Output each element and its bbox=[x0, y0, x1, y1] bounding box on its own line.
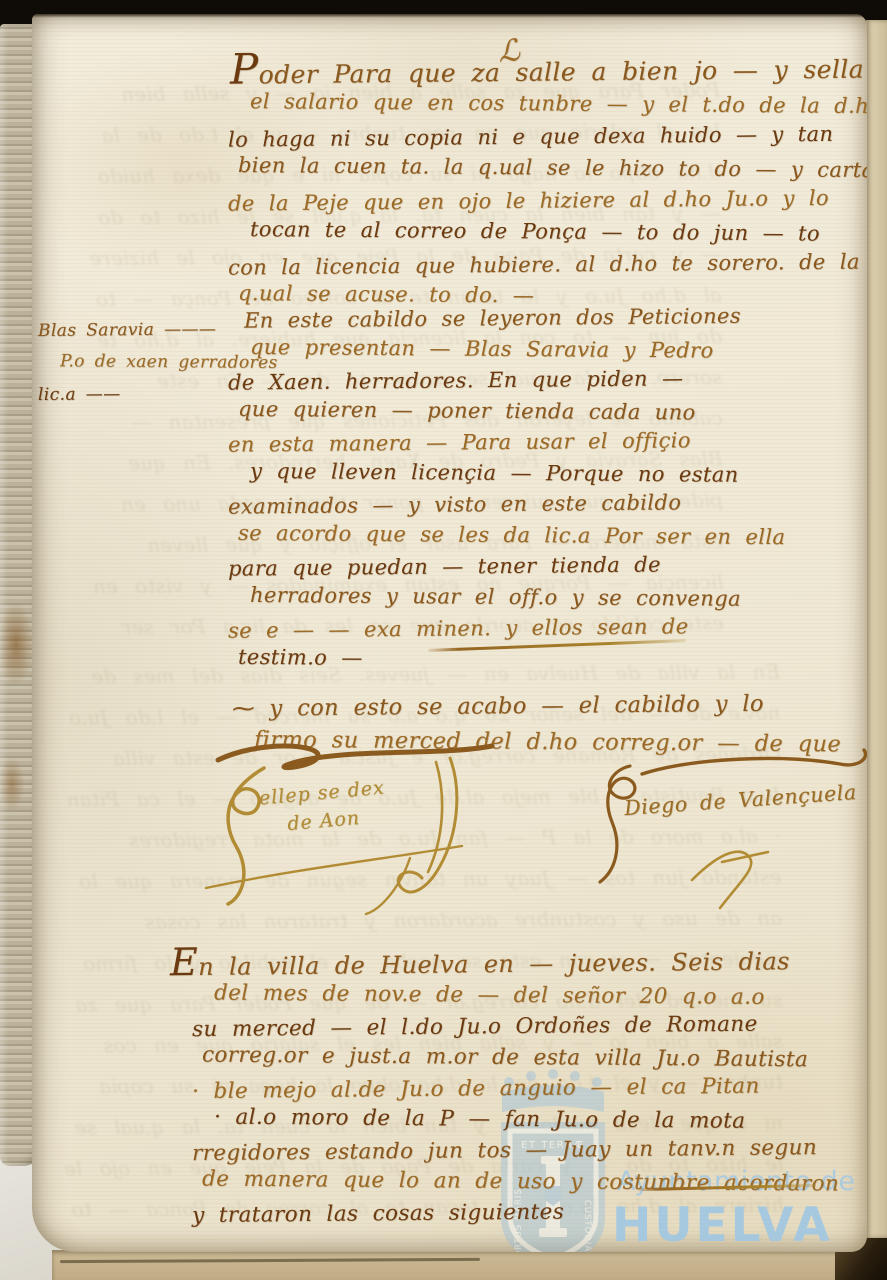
handwritten-line: el salario que en cos tunbre — y el t.do… bbox=[250, 85, 867, 123]
handwritten-line: ⁓ y con esto se acabo — el cabildo y lo bbox=[232, 685, 841, 727]
handwritten-line: que quieren — poner tienda cada uno bbox=[238, 394, 786, 429]
handwritten-line: P.o de xaen gerradores bbox=[60, 345, 248, 378]
handwritten-line: se e — — exa minen. y ellos sean de bbox=[228, 610, 786, 646]
manuscript-scan-image: Poder Para que za salle a bien jo — y se… bbox=[0, 0, 887, 1280]
handwritten-line: en esta manera — Para usar el offiçio bbox=[228, 424, 786, 460]
manuscript-page: Poder Para que za salle a bien jo — y se… bbox=[32, 14, 867, 1252]
handwritten-line: examinados — y visto en este cabildo bbox=[228, 486, 786, 522]
margin-note: Blas Saravia ———P.o de xaen gerradoresli… bbox=[38, 314, 248, 410]
paragraph-cabildo-peticiones: En este cabildo se leyeron dos Peticione… bbox=[228, 303, 785, 675]
paragraph-poder: Poder Para que za salle a bien jo — y se… bbox=[228, 50, 867, 312]
handwritten-line: y trataron las cosas siguientes bbox=[192, 1194, 839, 1231]
handwritten-line: lic.a —— bbox=[38, 377, 248, 411]
handwritten-line: En este cabildo se leyeron dos Peticione… bbox=[244, 300, 786, 336]
handwritten-line: que presentan — Blas Saravia y Pedro bbox=[250, 332, 786, 367]
handwritten-line: se acordo que se les da lic.a Por ser en… bbox=[238, 518, 786, 553]
adjacent-page-sliver bbox=[866, 20, 887, 1238]
handwritten-line: tocan te al correo de Ponça — to do jun … bbox=[250, 213, 867, 251]
right-signature-flourish bbox=[572, 730, 867, 920]
handwritten-line: Blas Saravia ——— bbox=[38, 313, 248, 347]
shelf-below-book bbox=[52, 1250, 887, 1280]
handwritten-line: En la villa de Huelva en — jueves. Seis … bbox=[170, 941, 840, 983]
handwritten-line: para que puedan — tener tienda de bbox=[228, 548, 786, 584]
handwritten-line: herradores y usar el off.o y se convenga bbox=[250, 580, 786, 615]
handwritten-line: de Xaen. herradores. En que piden — bbox=[228, 362, 786, 398]
handwritten-line: y que lleven licençia — Porque no estan bbox=[250, 456, 786, 491]
handwritten-line: bien la cuen ta. la q.ual se le hizo to … bbox=[238, 149, 867, 187]
